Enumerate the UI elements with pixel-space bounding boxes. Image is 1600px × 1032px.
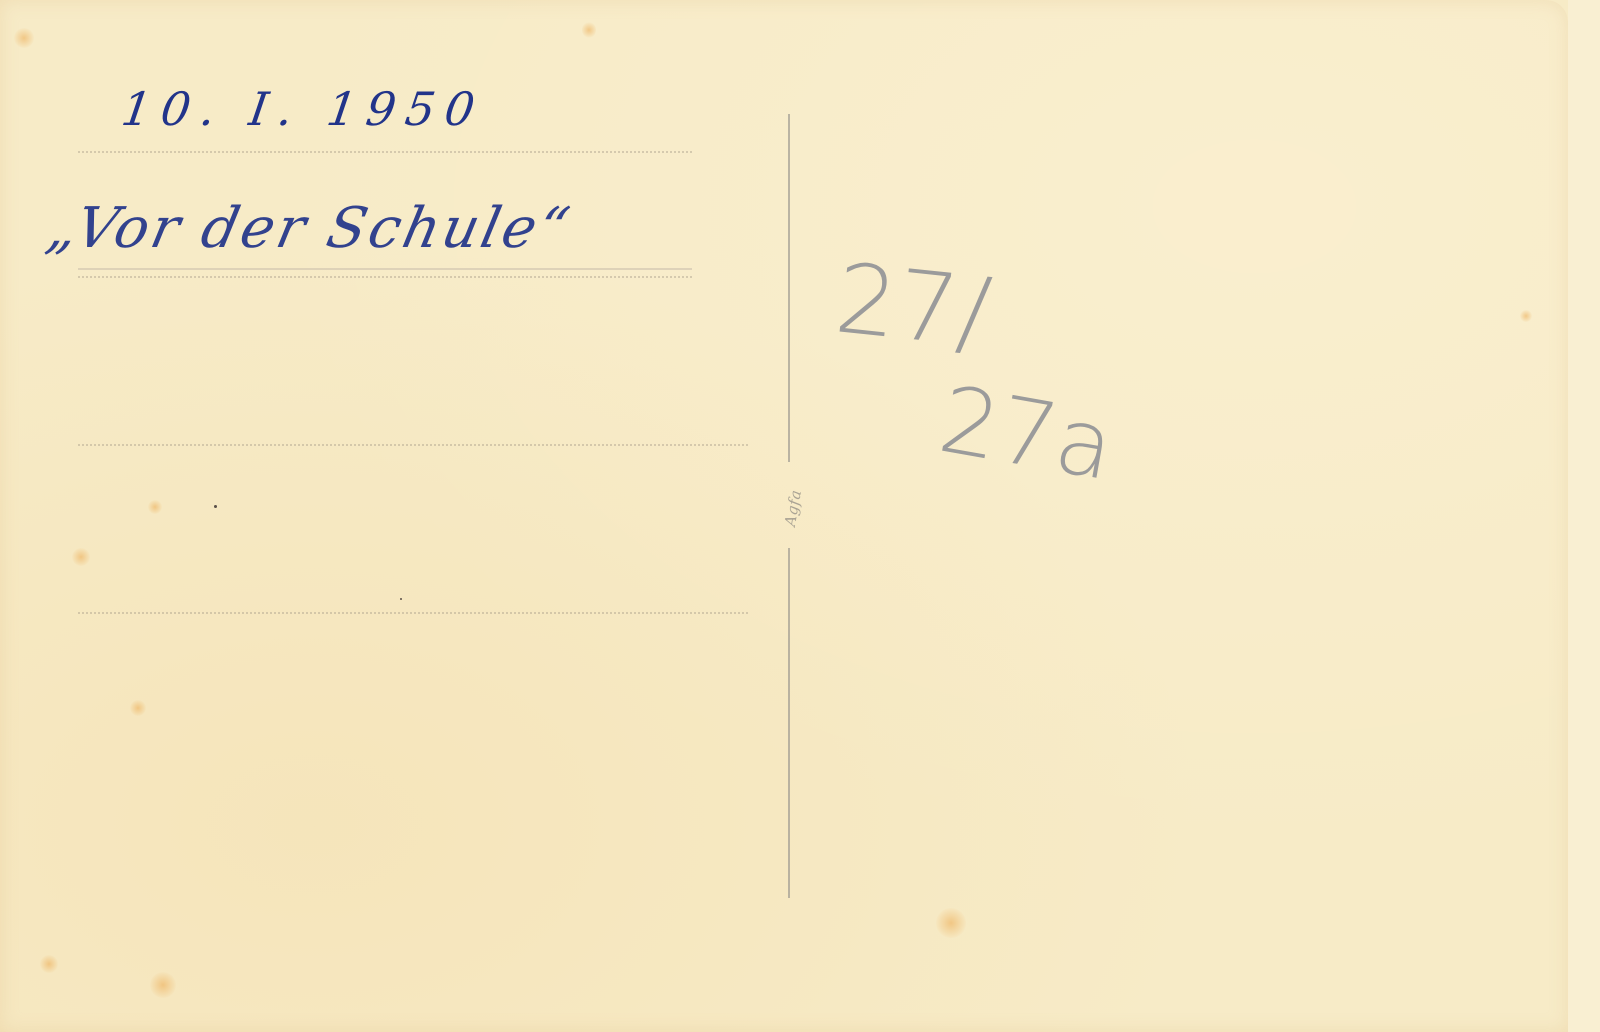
dotted-line [78, 444, 748, 446]
dotted-line [78, 268, 692, 270]
foxing-spot [40, 955, 58, 973]
speck [400, 598, 402, 600]
foxing-spot [150, 972, 176, 998]
speck [214, 505, 217, 508]
foxing-spot [1520, 310, 1532, 322]
pencil-note-line2: 27a [932, 366, 1121, 501]
dotted-line [78, 276, 692, 278]
center-divider-bottom [788, 548, 790, 898]
postcard-back: Agfa 10. I. 1950 „Vor der Schule“ 27/ 27… [0, 0, 1568, 1032]
brand-mark: Agfa [759, 478, 827, 538]
foxing-spot [72, 548, 90, 566]
scan-background [1568, 0, 1600, 1032]
pencil-note-line1: 27/ [831, 242, 996, 370]
handwritten-date: 10. I. 1950 [118, 82, 488, 136]
handwritten-caption: „Vor der Schule“ [41, 196, 577, 261]
foxing-spot [148, 500, 162, 514]
foxing-spot [582, 22, 596, 38]
center-divider-top [788, 114, 790, 462]
foxing-spot [14, 28, 34, 48]
dotted-line [78, 151, 692, 153]
foxing-spot [130, 700, 146, 716]
foxing-spot [936, 908, 966, 938]
dotted-line [78, 612, 748, 614]
